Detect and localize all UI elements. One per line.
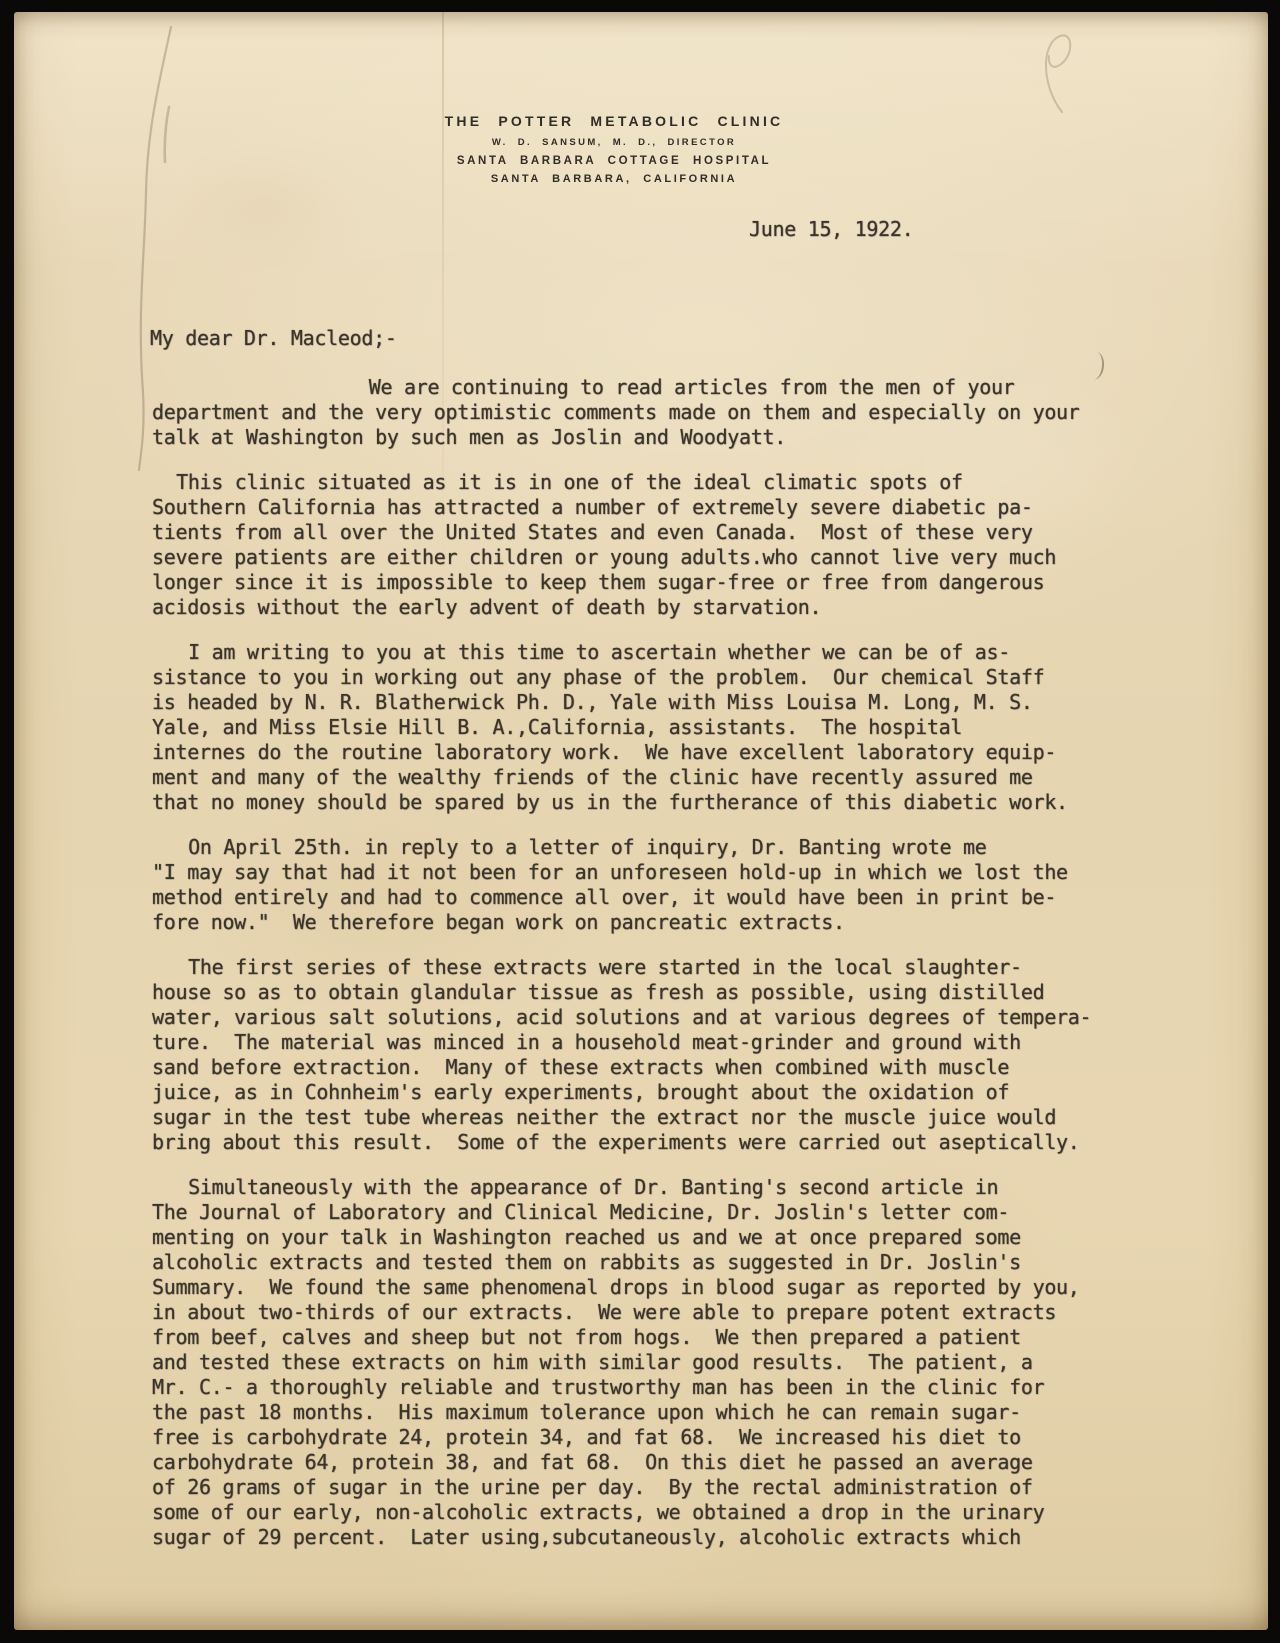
- letter-line: carbohydrate 64, protein 38, and fat 68.…: [152, 1450, 1142, 1475]
- letter-line: We are continuing to read articles from …: [152, 375, 1142, 400]
- letter-line: The Journal of Laboratory and Clinical M…: [152, 1200, 1142, 1225]
- letter-line: Southern California has attracted a numb…: [152, 495, 1142, 520]
- location-line: SANTA BARBARA, CALIFORNIA: [0, 173, 1241, 185]
- letter-line: free is carbohydrate 24, protein 34, and…: [152, 1425, 1142, 1450]
- letter-line: sugar in the test tube whereas neither t…: [152, 1105, 1142, 1130]
- letter-body: We are continuing to read articles from …: [152, 375, 1142, 1570]
- letter-line: ment and many of the wealthy friends of …: [152, 765, 1142, 790]
- letterhead: THE POTTER METABOLIC CLINIC W. D. SANSUM…: [0, 113, 1241, 185]
- letter-line: house so as to obtain glandular tissue a…: [152, 980, 1142, 1005]
- letter-line: some of our early, non-alcoholic extract…: [152, 1500, 1142, 1525]
- letter-line: the past 18 months. His maximum toleranc…: [152, 1400, 1142, 1425]
- letter-line: sugar of 29 percent. Later using,subcuta…: [152, 1525, 1142, 1550]
- letter-line: longer since it is impossible to keep th…: [152, 570, 1142, 595]
- letter-line: On April 25th. in reply to a letter of i…: [152, 835, 1142, 860]
- letter-line: fore now." We therefore began work on pa…: [152, 910, 1142, 935]
- letter-line: of 26 grams of sugar in the urine per da…: [152, 1475, 1142, 1500]
- letter-line: is headed by N. R. Blatherwick Ph. D., Y…: [152, 690, 1142, 715]
- paragraph: Simultaneously with the appearance of Dr…: [152, 1175, 1142, 1550]
- salutation: My dear Dr. Macleod;-: [150, 326, 397, 350]
- letter-line: department and the very optimistic comme…: [152, 400, 1142, 425]
- letter-line: in about two-thirds of our extracts. We …: [152, 1300, 1142, 1325]
- letter-line: This clinic situated as it is in one of …: [152, 470, 1142, 495]
- letter-line: acidosis without the early advent of dea…: [152, 595, 1142, 620]
- letter-line: The first series of these extracts were …: [152, 955, 1142, 980]
- paragraph: I am writing to you at this time to asce…: [152, 640, 1142, 815]
- letter-page: THE POTTER METABOLIC CLINIC W. D. SANSUM…: [14, 12, 1268, 1630]
- letter-line: water, various salt solutions, acid solu…: [152, 1005, 1142, 1030]
- letter-line: Yale, and Miss Elsie Hill B. A.,Californ…: [152, 715, 1142, 740]
- paragraph: This clinic situated as it is in one of …: [152, 470, 1142, 620]
- letter-line: bring about this result. Some of the exp…: [152, 1130, 1142, 1155]
- letter-line: menting on your talk in Washington reach…: [152, 1225, 1142, 1250]
- paragraph: On April 25th. in reply to a letter of i…: [152, 835, 1142, 935]
- letter-date: June 15, 1922.: [749, 217, 913, 241]
- letter-line: "I may say that had it not been for an u…: [152, 860, 1142, 885]
- letter-line: I am writing to you at this time to asce…: [152, 640, 1142, 665]
- letter-line: alcoholic extracts and tested them on ra…: [152, 1250, 1142, 1275]
- letter-line: talk at Washington by such men as Joslin…: [152, 425, 1142, 450]
- scanned-letter: THE POTTER METABOLIC CLINIC W. D. SANSUM…: [0, 0, 1280, 1643]
- clinic-name: THE POTTER METABOLIC CLINIC: [0, 113, 1241, 129]
- letter-line: sistance to you in working out any phase…: [152, 665, 1142, 690]
- hospital-line: SANTA BARBARA COTTAGE HOSPITAL: [0, 155, 1241, 167]
- letter-line: method entirely and had to commence all …: [152, 885, 1142, 910]
- letter-line: from beef, calves and sheep but not from…: [152, 1325, 1142, 1350]
- letter-line: internes do the routine laboratory work.…: [152, 740, 1142, 765]
- pencil-loop-mark: [1022, 12, 1092, 127]
- letter-line: Simultaneously with the appearance of Dr…: [152, 1175, 1142, 1200]
- letter-line: Summary. We found the same phenomenal dr…: [152, 1275, 1142, 1300]
- paragraph: We are continuing to read articles from …: [152, 375, 1142, 450]
- letter-line: ture. The material was minced in a house…: [152, 1030, 1142, 1055]
- letter-line: sand before extraction. Many of these ex…: [152, 1055, 1142, 1080]
- director-line: W. D. SANSUM, M. D., DIRECTOR: [0, 137, 1241, 148]
- letter-line: Mr. C.- a thoroughly reliable and trustw…: [152, 1375, 1142, 1400]
- letter-line: and tested these extracts on him with si…: [152, 1350, 1142, 1375]
- letter-line: tients from all over the United States a…: [152, 520, 1142, 545]
- letter-line: juice, as in Cohnheim's early experiment…: [152, 1080, 1142, 1105]
- letter-line: severe patients are either children or y…: [152, 545, 1142, 570]
- paragraph: The first series of these extracts were …: [152, 955, 1142, 1155]
- letter-line: that no money should be spared by us in …: [152, 790, 1142, 815]
